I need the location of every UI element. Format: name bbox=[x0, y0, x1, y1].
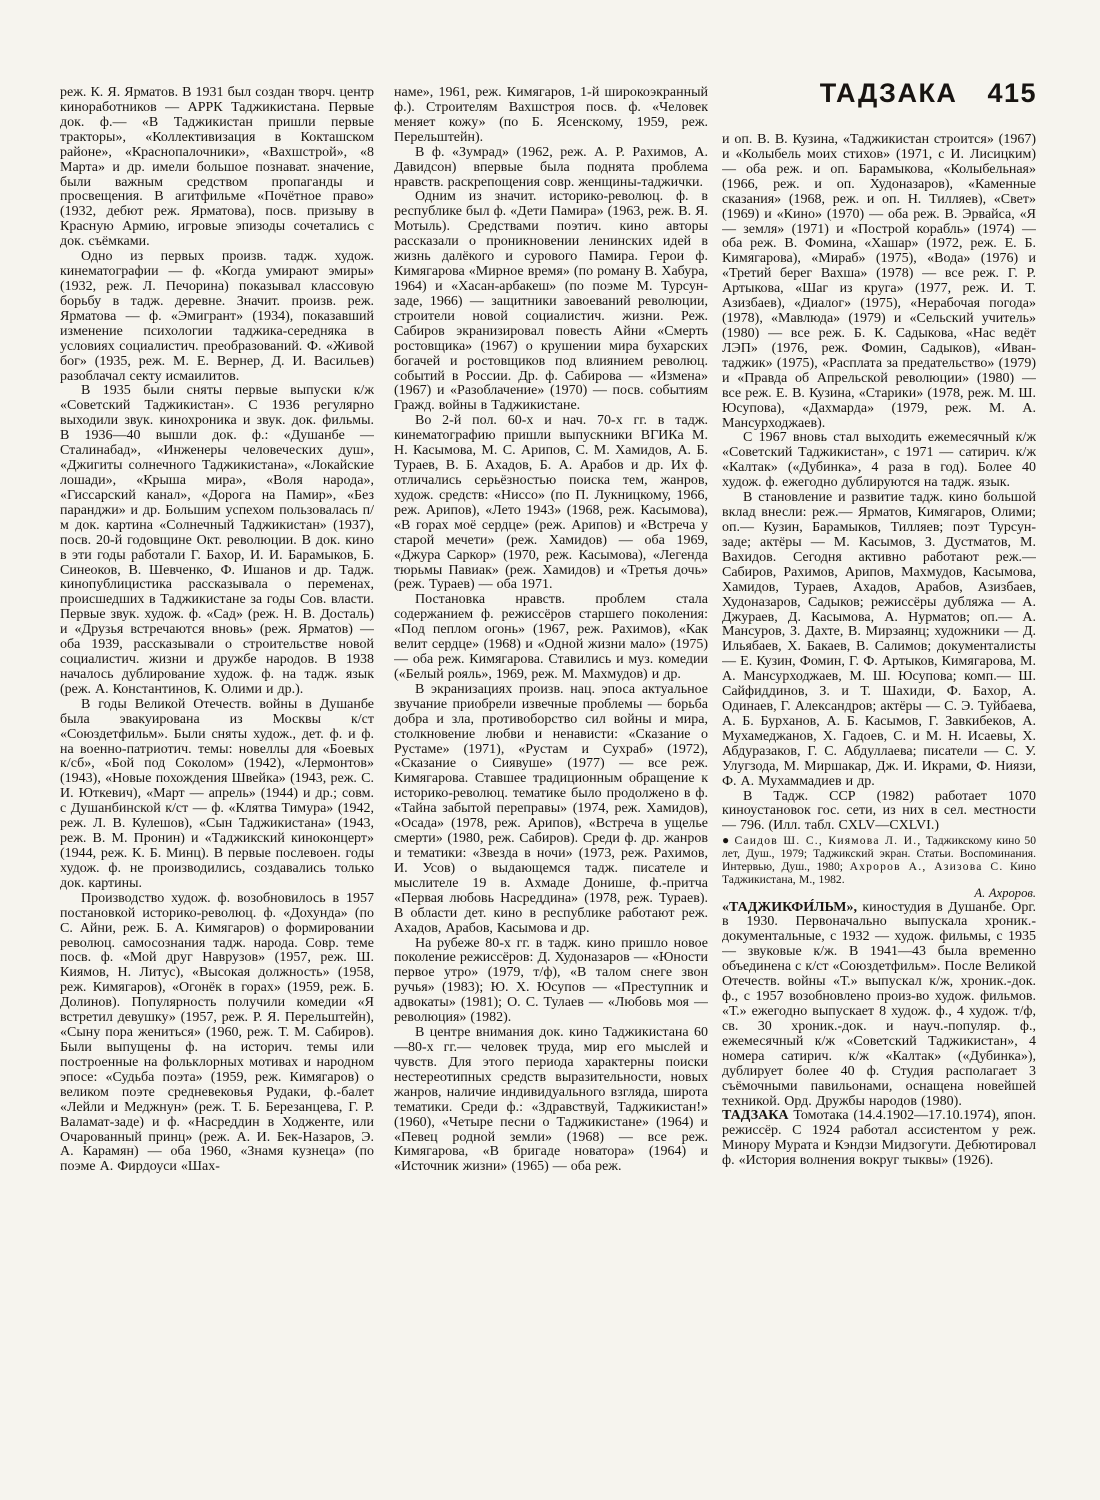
paragraph: В ф. «Зумрад» (1962, реж. А. Р. Рахимов,… bbox=[394, 146, 708, 191]
paragraph: В Тадж. ССР (1982) работает 1070 киноуст… bbox=[722, 790, 1036, 835]
paragraph: Одно из первых произв. тадж. худож. кине… bbox=[60, 250, 374, 384]
paragraph: В годы Великой Отечеств. войны в Душанбе… bbox=[60, 698, 374, 892]
text-segment: В 1935 были сняты первые выпуски к/ж «Со… bbox=[60, 383, 374, 696]
paragraph: Постановка нравств. проблем стала содерж… bbox=[394, 593, 708, 683]
text-segment: Постановка нравств. проблем стала содерж… bbox=[394, 592, 708, 682]
text-segment: Во 2-й пол. 60-х и нач. 70-х гг. в тадж.… bbox=[394, 413, 708, 592]
paragraph: В становление и развитие тадж. кино боль… bbox=[722, 491, 1036, 789]
paragraph: реж. К. Я. Ярматов. В 1931 был создан тв… bbox=[60, 86, 374, 250]
text-segment: Одним из значит. историко-революц. ф. в … bbox=[394, 189, 708, 413]
running-head: ТАДЗАКА 415 bbox=[722, 80, 1037, 107]
paragraph: и оп. В. В. Кузина, «Таджикистан строитс… bbox=[722, 133, 1036, 431]
text-segment: и оп. В. В. Кузина, «Таджикистан строитс… bbox=[722, 133, 1036, 431]
text-segment: Саидов Ш. С., Киямова Л. И., bbox=[734, 834, 921, 847]
text-column-1: реж. К. Я. Ярматов. В 1931 был создан тв… bbox=[60, 86, 374, 1428]
paragraph: наме», 1961, реж. Кимягаров, 1-й широкоэ… bbox=[394, 86, 708, 146]
text-segment: На рубеже 80-х гг. в тадж. кино пришло н… bbox=[394, 936, 708, 1026]
text-column-2: наме», 1961, реж. Кимягаров, 1-й широкоэ… bbox=[394, 86, 708, 1428]
text-segment: В становление и развитие тадж. кино боль… bbox=[722, 490, 1036, 789]
text-segment: В центре внимания док. кино Таджикистана… bbox=[394, 1025, 708, 1174]
paragraph: А. Ахроров. bbox=[722, 887, 1036, 901]
text-segment: Одно из первых произв. тадж. худож. кине… bbox=[60, 249, 374, 383]
text-column-3: и оп. В. В. Кузина, «Таджикистан строитс… bbox=[722, 133, 1036, 1428]
paragraph: ● Саидов Ш. С., Киямова Л. И., Таджикско… bbox=[722, 834, 1036, 887]
text-segment: киностудия в Душанбе. Орг. в 1930. Перво… bbox=[722, 900, 1036, 1109]
encyclopedia-page: ТАДЗАКА 415 реж. К. Я. Ярматов. В 1931 б… bbox=[0, 0, 1100, 1500]
text-segment: наме», 1961, реж. Кимягаров, 1-й широкоэ… bbox=[394, 86, 708, 145]
text-segment: В ф. «Зумрад» (1962, реж. А. Р. Рахимов,… bbox=[394, 145, 708, 190]
paragraph: В 1935 были сняты первые выпуски к/ж «Со… bbox=[60, 384, 374, 697]
page-number: 415 bbox=[987, 80, 1037, 107]
bibliography-bullet-icon: ● bbox=[722, 833, 734, 847]
text-segment: В Тадж. ССР (1982) работает 1070 киноуст… bbox=[722, 789, 1036, 834]
text-segment: С 1967 вновь стал выходить ежемесячный к… bbox=[722, 430, 1036, 490]
text-segment: Производство худож. ф. возобновилось в 1… bbox=[60, 891, 374, 1175]
paragraph: Производство худож. ф. возобновилось в 1… bbox=[60, 892, 374, 1176]
paragraph: В центре внимания док. кино Таджикистана… bbox=[394, 1026, 708, 1175]
paragraph: На рубеже 80-х гг. в тадж. кино пришло н… bbox=[394, 937, 708, 1027]
text-segment: В экранизациях произв. нац. эпоса актуал… bbox=[394, 682, 708, 936]
entry-headword-tadzaka: ТАДЗАКА bbox=[722, 1108, 789, 1123]
paragraph: «ТАДЖИКФИ́ЛЬМ», киностудия в Душанбе. Ор… bbox=[722, 901, 1036, 1110]
text-segment: Ахроров А., Азизова С. bbox=[850, 860, 1004, 873]
author-signature: А. Ахроров. bbox=[974, 886, 1036, 900]
paragraph: Одним из значит. историко-революц. ф. в … bbox=[394, 190, 708, 414]
paragraph: ТАДЗАКА Томотака (14.4.1902—17.10.1974),… bbox=[722, 1109, 1036, 1169]
entry-headword-tajikfilm: «ТАДЖИКФИ́ЛЬМ», bbox=[722, 900, 857, 915]
paragraph: С 1967 вновь стал выходить ежемесячный к… bbox=[722, 431, 1036, 491]
running-head-title: ТАДЗАКА bbox=[820, 80, 958, 107]
text-segment: реж. К. Я. Ярматов. В 1931 был создан тв… bbox=[60, 86, 374, 249]
paragraph: В экранизациях произв. нац. эпоса актуал… bbox=[394, 683, 708, 937]
text-segment: В годы Великой Отечеств. войны в Душанбе… bbox=[60, 697, 374, 891]
paragraph: Во 2-й пол. 60-х и нач. 70-х гг. в тадж.… bbox=[394, 414, 708, 593]
